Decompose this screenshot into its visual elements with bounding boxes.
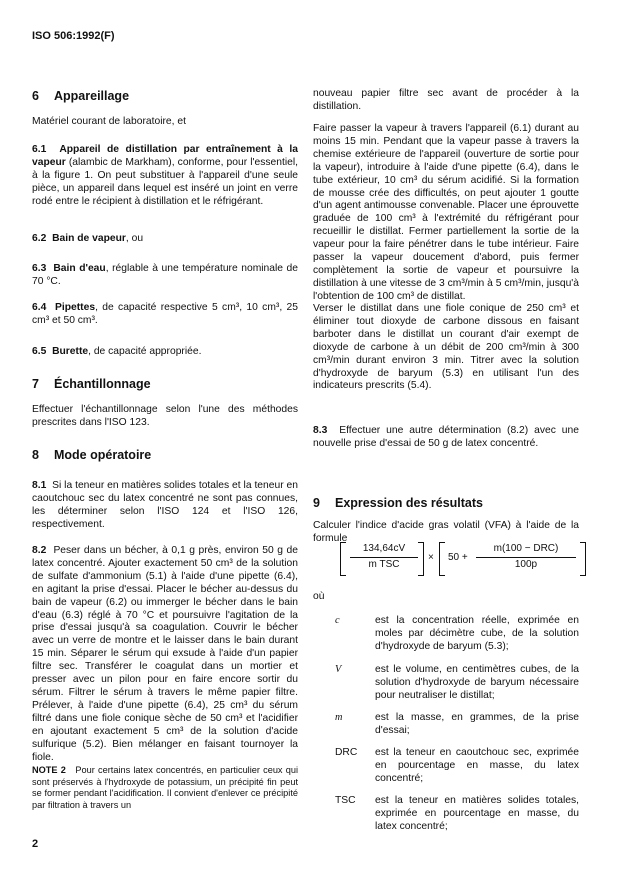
section-8-2: 8.2 Peser dans un bécher, à 0,1 g près, … bbox=[32, 545, 298, 764]
section-9-heading: 9Expression des résultats bbox=[313, 497, 483, 510]
section-6-2: 6.2 Bain de vapeur, ou bbox=[32, 233, 298, 246]
section-6-4: 6.4 Pipettes, de capacité respective 5 c… bbox=[32, 302, 298, 328]
vfa-formula: 134,64cV m TSC × 50 + m(100 − DRC) 100p bbox=[340, 542, 590, 576]
bracket-right bbox=[580, 542, 586, 576]
section-6-1: 6.1 Appareil de distillation par entraîn… bbox=[32, 144, 298, 209]
note-2: NOTE 2 Pour certains latex concentrés, e… bbox=[32, 765, 298, 811]
section-8-1: 8.1 Si la teneur en matières solides tot… bbox=[32, 480, 298, 532]
bracket-left bbox=[340, 542, 346, 576]
bracket-left bbox=[439, 542, 445, 576]
section-8-heading: 8Mode opératoire bbox=[32, 449, 151, 462]
bracket-right bbox=[418, 542, 424, 576]
document-id: ISO 506:1992(F) bbox=[32, 30, 115, 43]
fraction-2: m(100 − DRC) 100p bbox=[476, 543, 576, 572]
constant-term: 50 + bbox=[448, 552, 468, 565]
section-6-heading: 6Appareillage bbox=[32, 90, 129, 103]
section-6-intro: Matériel courant de laboratoire, et bbox=[32, 116, 298, 129]
times-sign: × bbox=[428, 552, 434, 565]
fraction-1: 134,64cV m TSC bbox=[350, 543, 418, 572]
continued-text: nouveau papier filtre sec avant de procé… bbox=[313, 88, 579, 114]
section-7-heading: 7Échantillonnage bbox=[32, 378, 151, 391]
section-6-5: 6.5 Burette, de capacité appropriée. bbox=[32, 346, 298, 359]
paragraph-steam: Faire passer la vapeur à travers l'appar… bbox=[313, 123, 579, 304]
where-label: où bbox=[313, 591, 324, 604]
paragraph-titration: Verser le distillat dans une fiole coniq… bbox=[313, 303, 579, 393]
section-6-3: 6.3 Bain d'eau, réglable à une températu… bbox=[32, 263, 298, 289]
section-7-text: Effectuer l'échantillonnage selon l'une … bbox=[32, 404, 298, 430]
page-number: 2 bbox=[32, 838, 38, 851]
section-8-3: 8.3 Effectuer une autre détermination (8… bbox=[313, 425, 579, 451]
